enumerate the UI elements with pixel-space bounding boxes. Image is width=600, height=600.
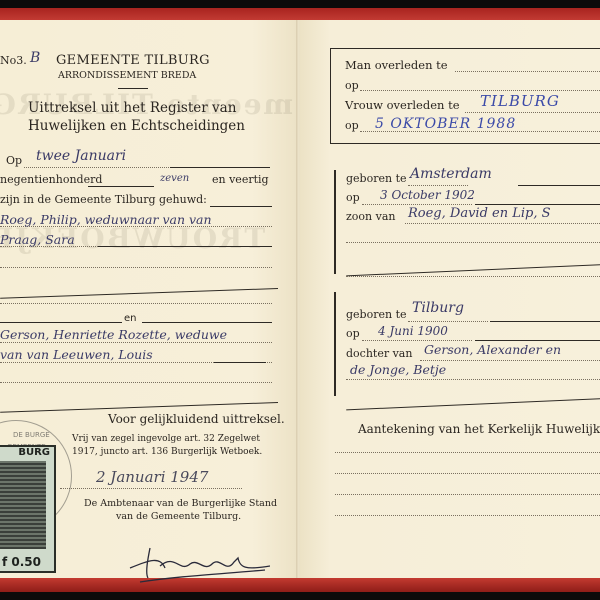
groom-birthplace-fill: [518, 185, 600, 186]
and-word: en: [124, 313, 137, 324]
church-line-3: [335, 494, 600, 495]
bride-fill-line: [214, 362, 266, 363]
woman-died-date: 5 OKTOBER 1988: [375, 116, 516, 132]
left-page: Gemeente TILBURG TROUWBOEKJE No3. B GEME…: [0, 20, 297, 578]
church-line-2: [335, 473, 600, 474]
conformity-statement: Voor gelijkluidend uittreksel.: [108, 412, 285, 426]
woman-died-on-label: op: [345, 119, 359, 132]
bride-born-date-line: [362, 340, 472, 341]
bride-dotted-line-1: [0, 342, 272, 343]
bride-birthdate: 4 Juni 1900: [378, 324, 448, 338]
woman-died-label: Vrouw overleden te: [345, 98, 460, 112]
cover-edge-top: [0, 8, 600, 20]
man-died-date-line: [360, 90, 600, 91]
groom-name-line1: Roeg, Philip, weduwnaar van van: [0, 212, 212, 227]
bride-born-place-line: [408, 321, 488, 322]
groom-birthdate: 3 October 1902: [380, 188, 475, 202]
groom-parents-line-2: [346, 242, 600, 243]
groom-parents: Roeg, David en Lip, S: [408, 206, 551, 221]
groom-parents-line-3: [346, 276, 600, 277]
groom-strike-line: [0, 288, 278, 299]
marriage-year-units: zeven: [160, 173, 189, 184]
man-died-label: Man overleden te: [345, 58, 448, 72]
bride-parents-line-2: [346, 379, 600, 380]
bride-dotted-line-3: [0, 382, 272, 383]
groom-dotted-line-4: [0, 303, 272, 304]
bride-parents-line2: de Jonge, Betje: [350, 362, 446, 377]
church-line-4: [335, 515, 600, 516]
bride-birthplace: Tilburg: [412, 300, 464, 316]
bride-name-line2: van van Leeuwen, Louis: [0, 347, 153, 362]
woman-died-place-line: [465, 112, 600, 113]
bride-bracket: [334, 292, 336, 396]
date-prefix-label: Op: [6, 154, 22, 167]
seal-text-top: DE BURGE: [13, 431, 50, 439]
bride-born-label: geboren te: [346, 308, 407, 321]
woman-died-place: TILBURG: [480, 92, 560, 110]
bride-born-on-label: op: [346, 327, 360, 340]
marriage-day-month: twee Januari: [36, 148, 126, 164]
stamp-castle-image: [0, 461, 46, 549]
groom-parents-line: [405, 223, 600, 224]
groom-bracket: [334, 170, 336, 274]
church-marriage-heading: Aantekening van het Kerkelijk Huwelijk:: [358, 422, 600, 436]
groom-birthplace: Amsterdam: [410, 166, 492, 182]
year-fill-line: [88, 186, 154, 187]
issue-date: 2 Januari 1947: [96, 468, 208, 486]
stamp-value: f 0.50: [2, 555, 41, 569]
header-rule: [118, 88, 148, 89]
man-died-place-line: [455, 71, 600, 72]
municipality-header: GEMEENTE TILBURG: [56, 53, 210, 68]
document-title-line1: Uittreksel uit het Register van: [28, 100, 236, 116]
year-prefix-label: negentienhonderd: [0, 173, 102, 186]
and-line-right: [142, 322, 272, 323]
bride-parents-line: [420, 360, 600, 361]
district-header: ARRONDISSEMENT BREDA: [58, 70, 196, 81]
man-died-on-label: op: [345, 79, 359, 92]
date-fill-line: [170, 167, 270, 168]
groom-parents-strike: [346, 264, 600, 276]
bride-birthplace-fill: [490, 321, 600, 322]
bride-parents-strike: [346, 398, 600, 410]
married-in-label: zijn in de Gemeente Tilburg gehuwd:: [0, 193, 207, 206]
groom-dotted-line-3: [0, 267, 272, 268]
groom-born-date-line: [362, 204, 472, 205]
bride-name-line1: Gerson, Henriette Rozette, weduwe: [0, 327, 227, 342]
register-number-value: B: [30, 50, 40, 66]
year-suffix-label: en veertig: [212, 173, 269, 186]
document-title-line2: Huwelijken en Echtscheidingen: [28, 118, 245, 134]
revenue-stamp: BURG f 0.50: [0, 445, 56, 573]
issue-date-line: [60, 488, 242, 489]
right-page: Man overleden te op Vrouw overleden te T…: [300, 20, 600, 578]
groom-birthdate-fill: [475, 204, 600, 205]
signature-text: F. Snoeck: [130, 542, 184, 555]
date-dotted-line: [24, 167, 169, 168]
church-line-1: [335, 452, 600, 453]
official-title-line2: van de Gemeente Tilburg.: [116, 511, 241, 522]
stamp-exemption-line1: Vrij van zegel ingevolge art. 32 Zegelwe…: [72, 434, 260, 444]
official-title-line1: De Ambtenaar van de Burgerlijke Stand: [84, 498, 277, 509]
stamp-exemption-line2: 1917, juncto art. 136 Burgerlijk Wetboek…: [72, 447, 262, 457]
groom-born-on-label: op: [346, 191, 360, 204]
cover-edge-bottom: [0, 578, 600, 592]
bride-birthdate-fill: [475, 340, 600, 341]
register-number-label: No3.: [0, 54, 27, 67]
groom-born-label: geboren te: [346, 172, 407, 185]
groom-parent-label: zoon van: [346, 210, 395, 223]
married-fill-line: [210, 206, 272, 207]
and-line-left: [0, 322, 122, 323]
groom-born-place-line: [408, 185, 468, 186]
bride-parents-line1: Gerson, Alexander en: [424, 342, 561, 357]
groom-name-line2: Praag, Sara: [0, 232, 75, 247]
groom-fill-line: [98, 246, 272, 247]
stamp-town: BURG: [18, 447, 50, 458]
bride-parent-label: dochter van: [346, 347, 412, 360]
